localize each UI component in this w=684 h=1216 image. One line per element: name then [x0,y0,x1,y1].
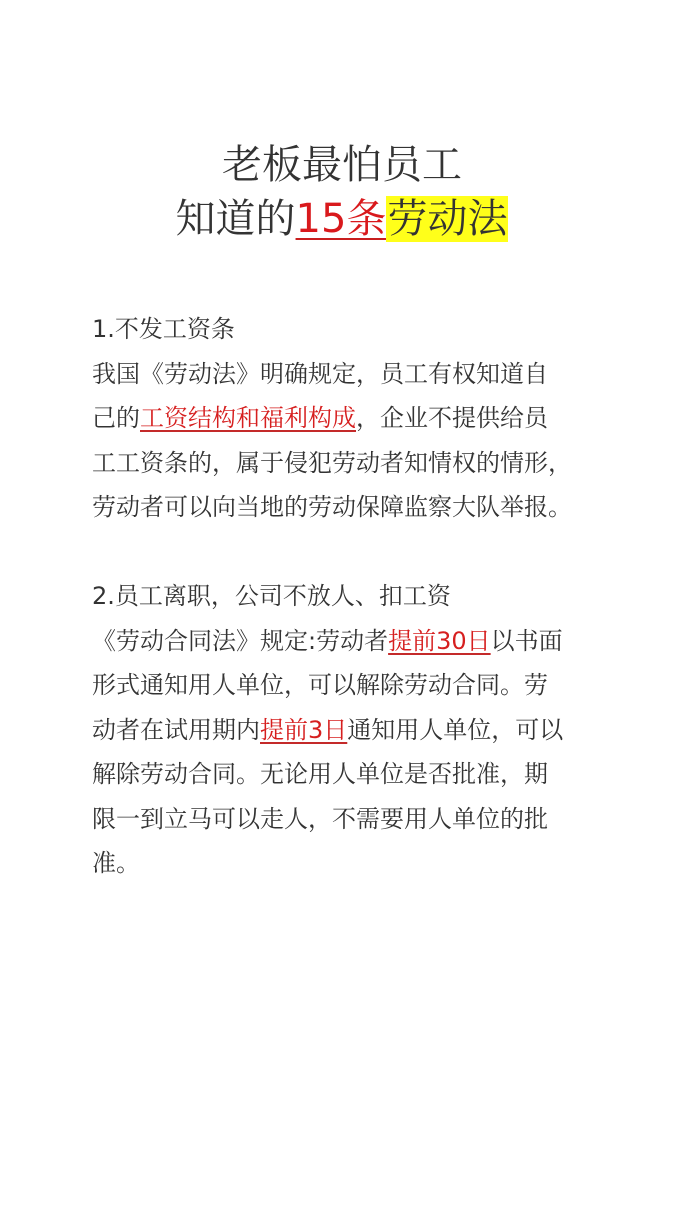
title-prefix: 知道的 [176,196,296,242]
section-heading: 2.员工离职，公司不放人、扣工资 [92,574,602,619]
title-line-2: 知道的15条劳动法 [0,192,684,246]
text-segment: 动者在试用期内 [92,716,260,744]
text-segment: 通知用人单位，可以 [347,716,563,744]
text-segment: 以书面 [491,627,563,655]
section-2: 2.员工离职，公司不放人、扣工资 《劳动合同法》规定:劳动者提前30日以书面 形… [92,574,602,886]
paragraph-line: 《劳动合同法》规定:劳动者提前30日以书面 [92,619,602,664]
text-segment: ，企业不提供给员 [356,404,548,432]
paragraph-line: 解除劳动合同。无论用人单位是否批准，期 [92,752,602,797]
paragraph-line: 动者在试用期内提前3日通知用人单位，可以 [92,708,602,753]
paragraph-line: 我国《劳动法》明确规定，员工有权知道自 [92,352,602,397]
article-body: 1.不发工资条 我国《劳动法》明确规定，员工有权知道自 己的工资结构和福利构成，… [92,307,602,930]
paragraph-line: 限一到立马可以走人，不需要用人单位的批 [92,797,602,842]
section-heading: 1.不发工资条 [92,307,602,352]
title-count-red: 15条 [296,196,387,242]
paragraph-line: 己的工资结构和福利构成，企业不提供给员 [92,396,602,441]
paragraph-line: 劳动者可以向当地的劳动保障监察大队举报。 [92,485,602,530]
red-emphasis: 提前30日 [388,627,491,655]
text-segment: 《劳动合同法》规定:劳动者 [92,627,388,655]
red-emphasis: 工资结构和福利构成 [140,404,356,432]
page-title: 老板最怕员工 知道的15条劳动法 [0,138,684,246]
paragraph-line: 工工资条的，属于侵犯劳动者知情权的情形， [92,441,602,486]
title-highlight: 劳动法 [386,196,508,242]
title-line-1: 老板最怕员工 [0,138,684,192]
section-1: 1.不发工资条 我国《劳动法》明确规定，员工有权知道自 己的工资结构和福利构成，… [92,307,602,530]
red-emphasis: 提前3日 [260,716,347,744]
paragraph-line: 形式通知用人单位，可以解除劳动合同。劳 [92,663,602,708]
text-segment: 己的 [92,404,140,432]
paragraph-line: 准。 [92,841,602,886]
